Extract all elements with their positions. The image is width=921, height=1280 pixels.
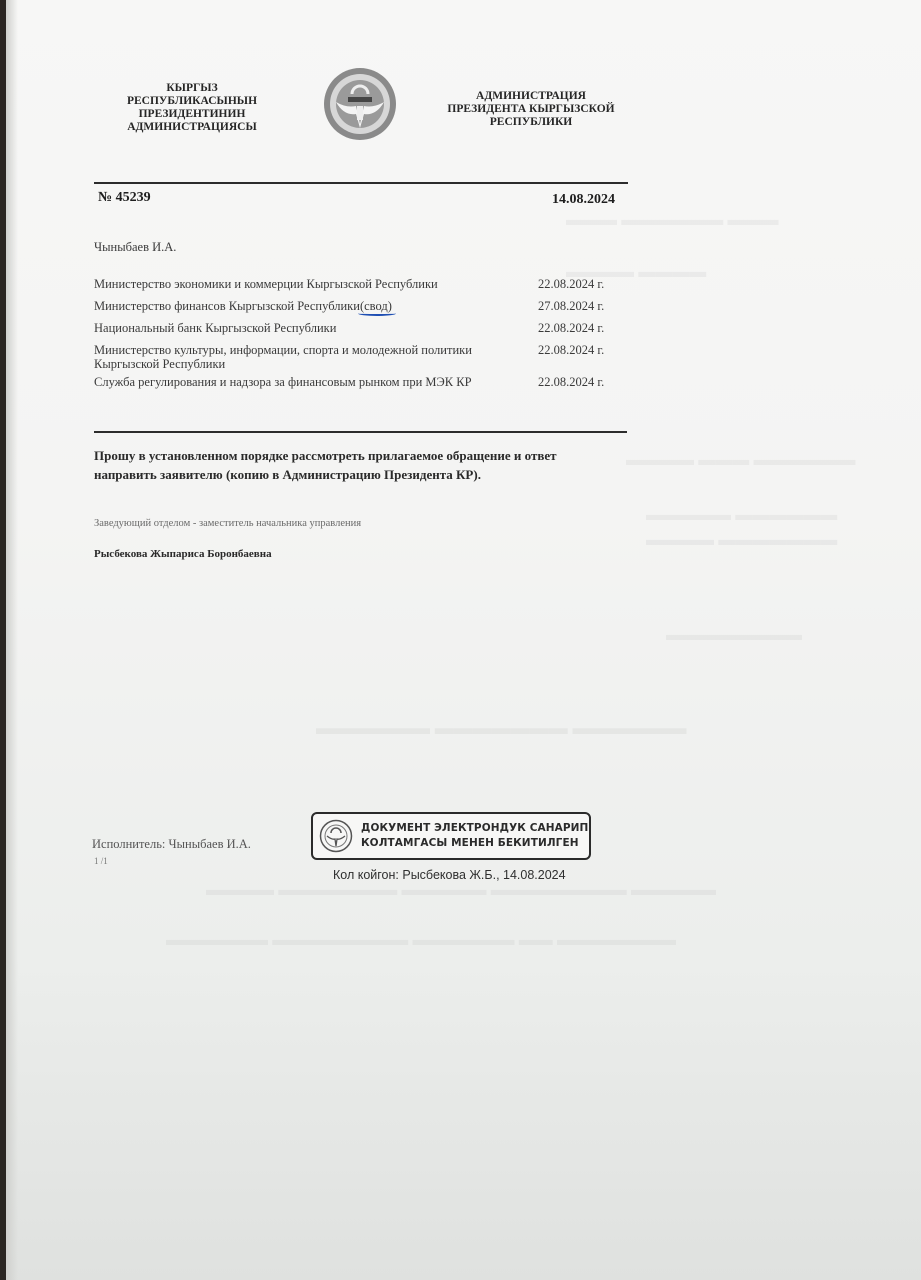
bleed-through-text: ▬▬▬▬▬▬ ▬▬▬▬▬▬▬ ▬▬▬▬▬▬ xyxy=(316,718,687,740)
registration-date: 14.08.2024 xyxy=(552,192,615,208)
recipient-deadline: 27.08.2024 г. xyxy=(538,299,624,313)
recipient-deadline: 22.08.2024 г. xyxy=(538,277,624,291)
request-text: Прошу в установленном порядке рассмотрет… xyxy=(94,446,614,484)
addressee: Чыныбаев И.А. xyxy=(94,240,176,255)
bleed-through-text: ▬▬▬▬ ▬▬▬▬▬▬▬ xyxy=(646,530,837,550)
bleed-through-text: ▬▬▬▬▬▬ ▬▬▬▬▬▬▬▬ ▬▬▬▬▬▬ ▬▬ ▬▬▬▬▬▬▬ xyxy=(166,930,676,950)
header-russian-title: АДМИНИСТРАЦИЯ ПРЕЗИДЕНТА КЫРГЫЗСКОЙ РЕСП… xyxy=(436,90,626,129)
recipient-row: Министерство финансов Кыргызской Республ… xyxy=(94,299,624,313)
signed-by: Кол койгон: Рысбекова Ж.Б., 14.08.2024 xyxy=(333,868,566,882)
recipient-list: Министерство экономики и коммерции Кыргы… xyxy=(94,277,624,393)
recipient-org: Министерство экономики и коммерции Кыргы… xyxy=(94,277,514,291)
bleed-through-text: ▬▬▬▬ ▬▬▬▬▬▬▬ ▬▬▬▬▬ ▬▬▬▬▬▬▬▬ ▬▬▬▬▬ xyxy=(206,880,716,900)
handwritten-underline-note: (свод) xyxy=(360,299,392,313)
document-page: ▬▬▬ ▬▬▬▬▬▬ ▬▬▬ ▬▬▬▬ ▬▬▬▬ ▬▬▬▬ ▬▬▬ ▬▬▬▬▬▬… xyxy=(6,0,921,1280)
section-divider xyxy=(94,431,627,433)
recipient-row: Национальный банк Кыргызской Республики … xyxy=(94,321,624,335)
bleed-through-text: ▬▬▬▬▬ ▬▬▬▬▬▬ xyxy=(646,505,837,525)
recipient-deadline: 22.08.2024 г. xyxy=(538,375,624,389)
recipient-deadline: 22.08.2024 г. xyxy=(538,321,624,335)
recipient-org: Министерство культуры, информации, спорт… xyxy=(94,343,514,371)
recipient-row: Служба регулирования и надзора за финанс… xyxy=(94,375,624,389)
stamp-text: ДОКУМЕНТ ЭЛЕКТРОНДУК САНАРИП КОЛТАМГАСЫ … xyxy=(361,821,588,851)
bleed-through-text: ▬▬▬ ▬▬▬▬▬▬ ▬▬▬ xyxy=(566,210,779,230)
header-kyrgyz-title: КЫРГЫЗ РЕСПУБЛИКАСЫНЫН ПРЕЗИДЕНТИНИН АДМ… xyxy=(112,82,272,134)
page-number: 1 /1 xyxy=(94,856,108,866)
recipient-row: Министерство культуры, информации, спорт… xyxy=(94,343,624,371)
header-divider xyxy=(94,182,628,184)
bleed-through-text: ▬▬▬▬▬▬▬▬ xyxy=(666,625,802,645)
kyrgyz-state-emblem-icon xyxy=(322,66,398,142)
e-signature-stamp: ДОКУМЕНТ ЭЛЕКТРОНДУК САНАРИП КОЛТАМГАСЫ … xyxy=(311,812,591,860)
emblem-seal-icon xyxy=(319,819,353,853)
signer-position: Заведующий отделом - заместитель начальн… xyxy=(94,517,394,531)
recipient-row: Министерство экономики и коммерции Кыргы… xyxy=(94,277,624,291)
registration-number: № 45239 xyxy=(98,190,151,206)
recipient-org: Министерство финансов Кыргызской Республ… xyxy=(94,299,514,313)
recipient-deadline: 22.08.2024 г. xyxy=(538,343,624,371)
recipient-org: Национальный банк Кыргызской Республики xyxy=(94,321,514,335)
signer-name: Рысбекова Жыпариса Боронбаевна xyxy=(94,548,272,560)
executor: Исполнитель: Чыныбаев И.А. xyxy=(92,837,251,852)
bleed-through-text: ▬▬▬▬ ▬▬▬ ▬▬▬▬▬▬ xyxy=(626,450,856,470)
recipient-org: Служба регулирования и надзора за финанс… xyxy=(94,375,514,389)
